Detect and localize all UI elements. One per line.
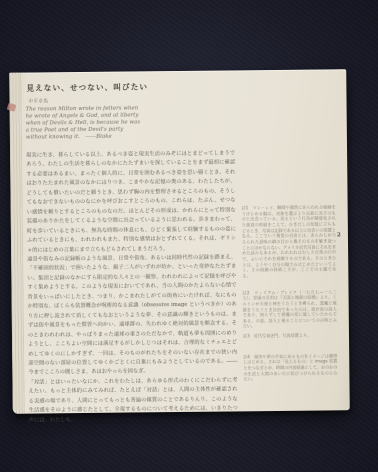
note-item: 註3 近代写真史門、写真装置より。 <box>243 332 337 339</box>
book-page: 見えない、せつない、叫びたい 中平卓馬 The reason Milton wr… <box>9 69 350 414</box>
body-paragraph: 現実に生き、暮らしている以上、あるべき姿と現実生活のみぞにはとまどってしまうであ… <box>26 149 236 255</box>
margin-notes: 註1 マン・レイ、瞬間や偶然にあらわれる痕跡をうけとめる眼は、対象を選ぶより以前… <box>242 204 338 382</box>
book-photo: 見えない、せつない、叫びたい 中平卓馬 The reason Milton wr… <box>0 0 378 472</box>
author-name: 中平卓馬 <box>28 98 48 104</box>
page-content: 見えない、せつない、叫びたい 中平卓馬 The reason Milton wr… <box>9 69 350 414</box>
page-number: 2 <box>337 232 341 238</box>
body-paragraph: 遠景や街なみの記録帳のような風景、日常や街角、あるいは同時代性の記録を踏まえ、「… <box>27 253 237 378</box>
note-item: 註2 ウィリアム・ブレイク（一七五七—一八二七）。冒頭の引用は『天国と地獄の結婚… <box>243 289 337 330</box>
note-item: 註4 現実や夢の手前にあるものをイメージは獲得しはじめる。それは「見えるもの」と… <box>243 353 337 382</box>
page-title: 見えない、せつない、叫びたい <box>26 79 326 93</box>
body-paragraph: 「対話」とはいったいなにか、これをわたしは、あらゆる形式のわくにこだわらずに考え… <box>28 376 237 425</box>
note-item: 註1 マン・レイ、瞬間や偶然にあらわれる痕跡をうけとめる眼は、対象を選ぶより以前… <box>242 204 337 279</box>
epigraph-quote: The reason Milton wrote in fetters when … <box>26 105 152 141</box>
body-text: 現実に生き、暮らしている以上、あるべき姿と現実生活のみぞにはとまどってしまうであ… <box>26 149 238 425</box>
